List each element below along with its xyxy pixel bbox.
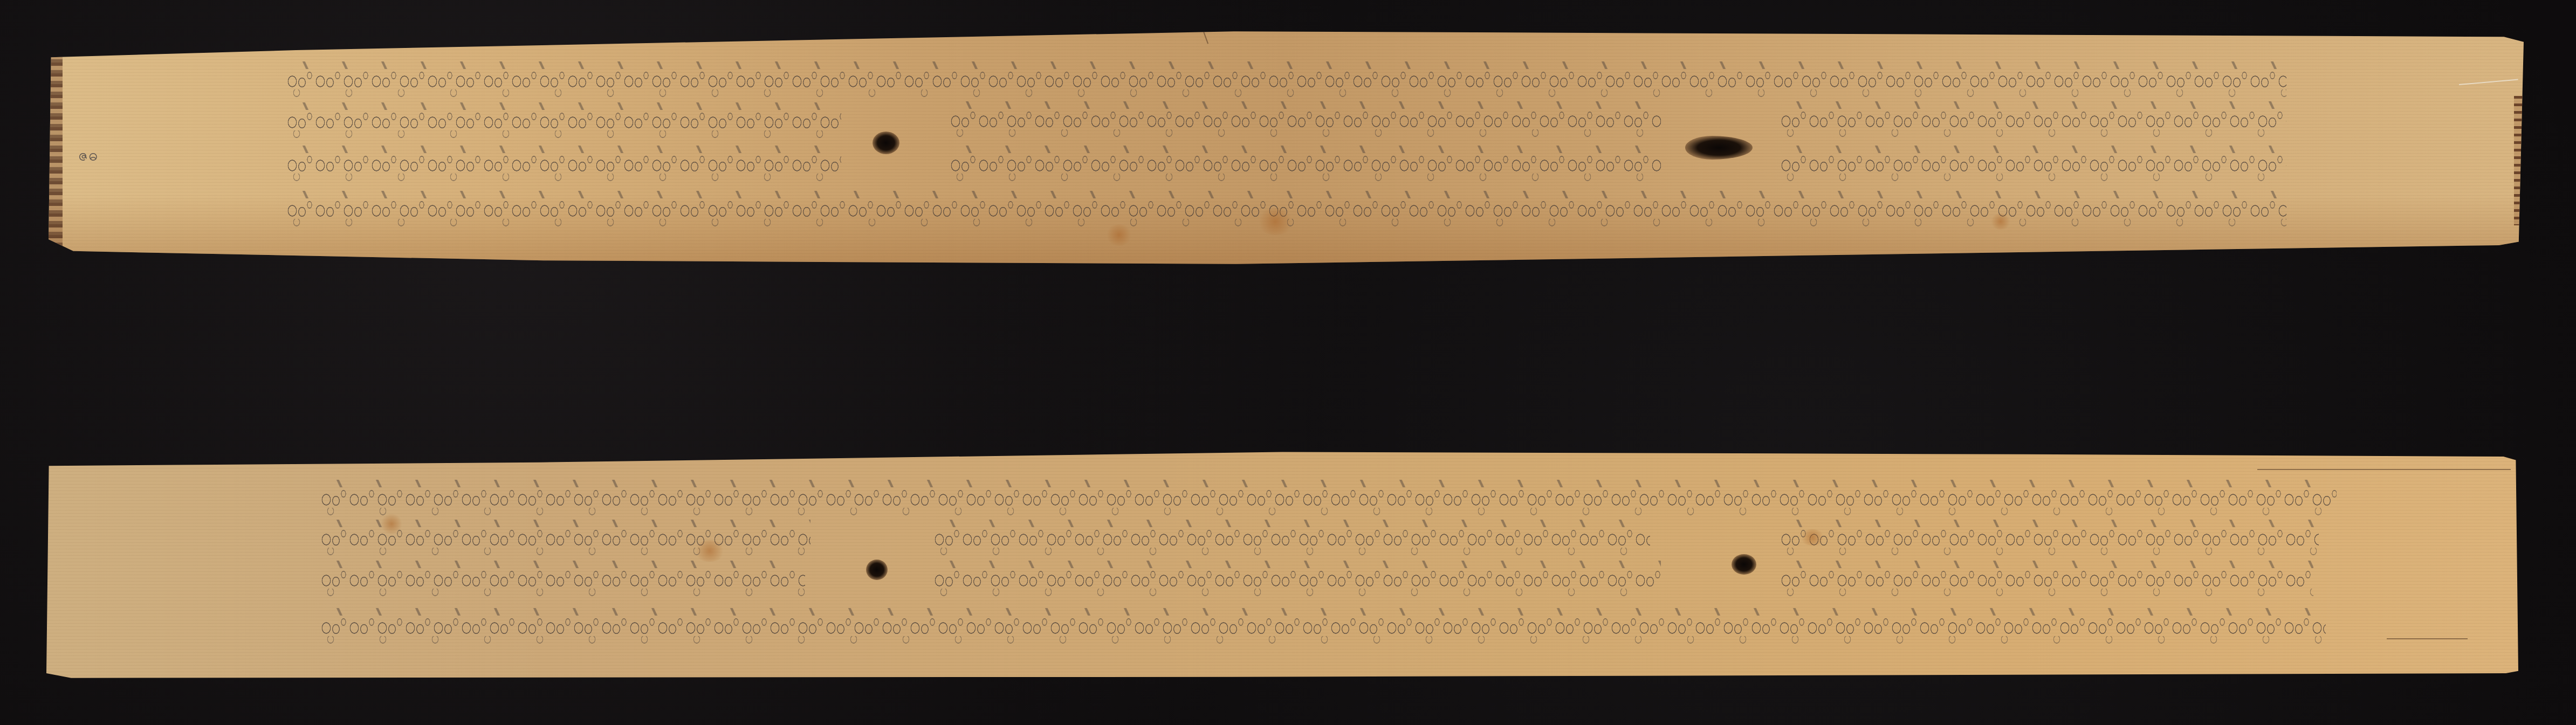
- script-line-1: [286, 69, 2286, 94]
- script-line-3-block-b: [933, 568, 1661, 593]
- binding-hole-right: [1732, 554, 1756, 575]
- palm-leaf-folio-2: [46, 448, 2518, 680]
- stain-spot: [1799, 529, 1826, 546]
- leaf-scratch: [1202, 30, 1208, 44]
- script-line-2-block-c: [1780, 527, 2319, 552]
- script-line-1: [320, 487, 2337, 512]
- script-line-3-block-c: [1780, 568, 2313, 593]
- folio-number-mark: ဇဓ: [78, 144, 99, 169]
- leaf-crack: [2459, 79, 2518, 85]
- binding-hole-left: [873, 132, 899, 154]
- stain-spot: [1990, 213, 2011, 230]
- binding-hole-left: [866, 560, 888, 580]
- palm-leaf-folio-1: ဇဓ: [49, 30, 2524, 265]
- script-line-3-block-a: [286, 153, 841, 178]
- leaf-scratch: [2387, 638, 2468, 639]
- stain-spot: [381, 513, 402, 535]
- script-line-3-block-b: [949, 153, 1661, 178]
- script-line-2-block-c: [1780, 109, 2286, 134]
- script-line-2-block-b: [933, 527, 1650, 552]
- stain-spot: [693, 540, 726, 562]
- stain-spot: [1256, 208, 1294, 235]
- script-line-2-block-b: [949, 109, 1661, 134]
- leaf-scratch: [2257, 469, 2511, 470]
- script-line-4: [320, 616, 2326, 640]
- script-line-3-block-c: [1780, 153, 2286, 178]
- stain-spot: [1105, 224, 1132, 246]
- script-line-2-block-a: [286, 110, 841, 135]
- script-line-3-block-a: [320, 568, 805, 593]
- binding-hole-right: [1685, 136, 1753, 160]
